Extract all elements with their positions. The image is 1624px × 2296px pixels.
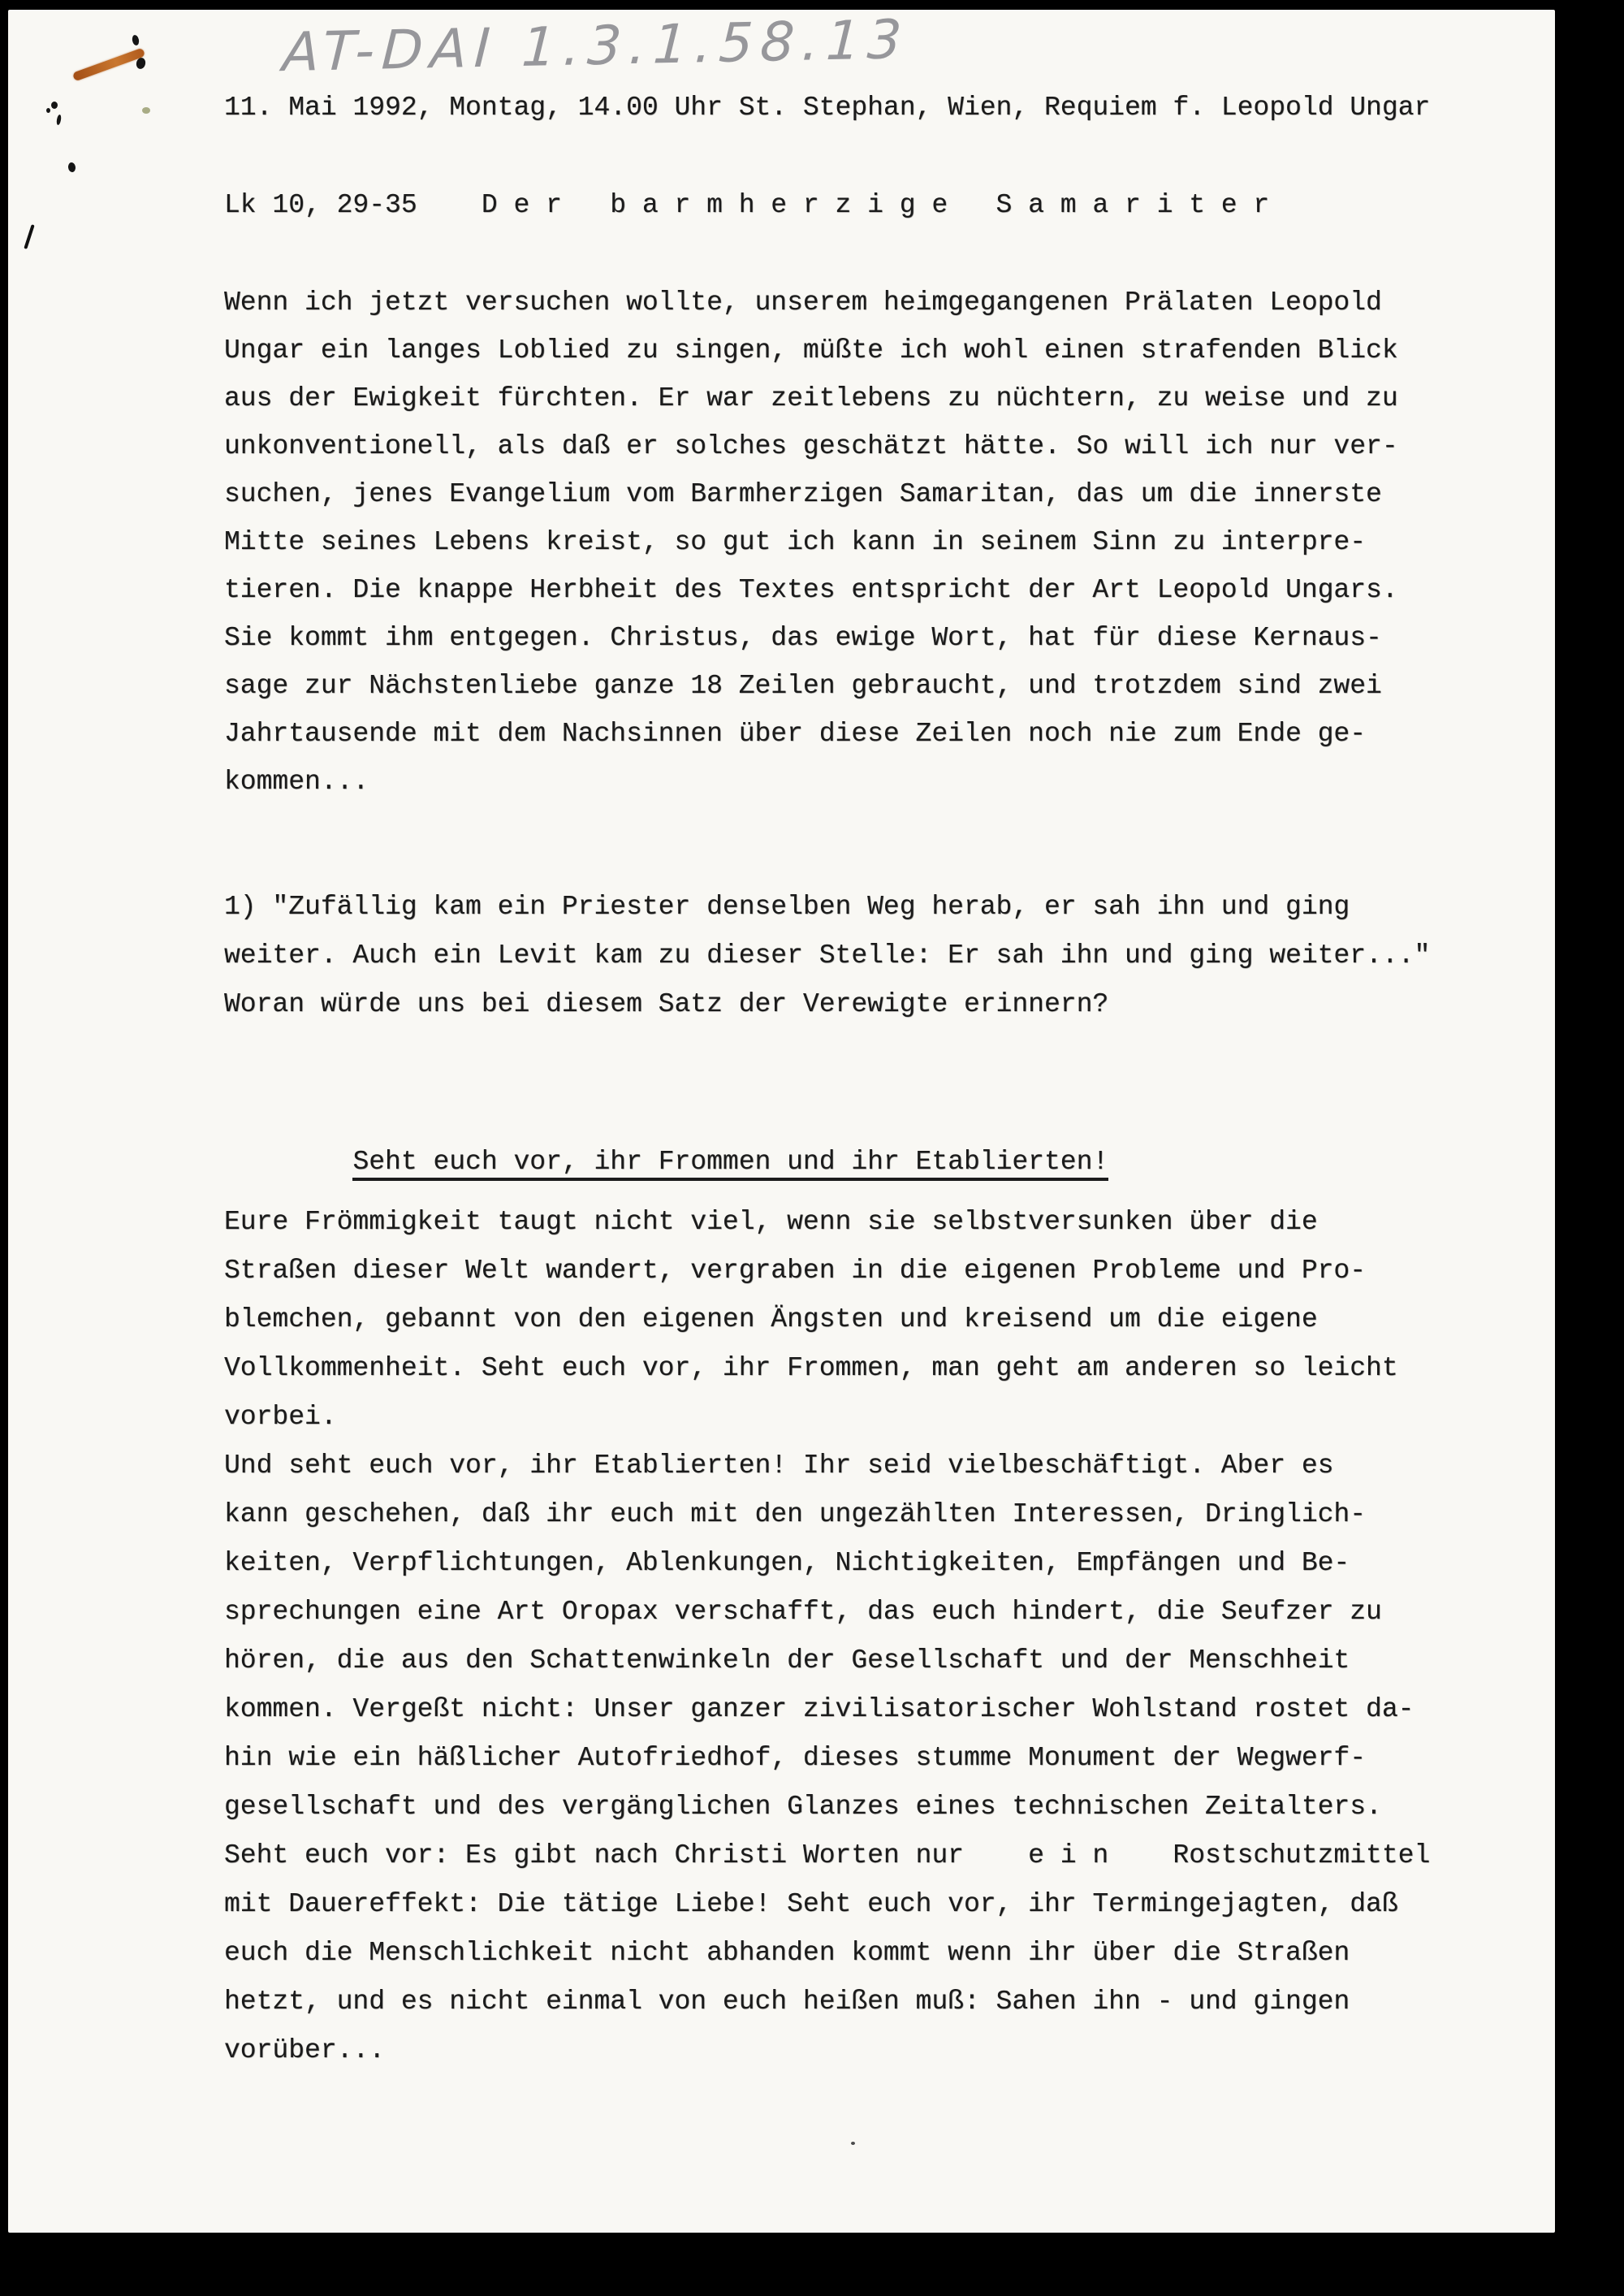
text-line: Wenn ich jetzt versuchen wollte, unserem… — [224, 279, 1398, 326]
sermon-title-line: Lk 10, 29-35 D e r b a r m h e r z i g e… — [224, 181, 1269, 229]
lines-after-underline: Eure Frömmigkeit taugt nicht viel, wenn … — [224, 1198, 1430, 2075]
ink-speck — [56, 115, 62, 126]
text-line: Jahrtausende mit dem Nachsinnen über die… — [224, 710, 1398, 758]
rust-stain — [72, 48, 145, 82]
text-line: Mitte seines Lebens kreist, so gut ich k… — [224, 518, 1398, 566]
text-line: keiten, Verpflichtungen, Ablenkungen, Ni… — [224, 1539, 1430, 1588]
pen-stroke-mark — [24, 224, 34, 249]
ink-speck — [132, 34, 140, 45]
text-line: vorüber... — [224, 2026, 1430, 2075]
paper-page: AT-DAI 1.3.1.58.13 11. Mai 1992, Montag,… — [8, 10, 1555, 2233]
text-line: weiter. Auch ein Levit kam zu dieser Ste… — [224, 932, 1430, 980]
text-line: Vollkommenheit. Seht euch vor, ihr Fromm… — [224, 1344, 1430, 1393]
text-line: euch die Menschlichkeit nicht abhanden k… — [224, 1929, 1430, 1978]
text-line: hören, die aus den Schattenwinkeln der G… — [224, 1637, 1430, 1685]
ink-speck — [67, 162, 76, 172]
text-line: Eure Frömmigkeit taugt nicht viel, wenn … — [224, 1198, 1430, 1247]
text-line: Sie kommt ihm entgegen. Christus, das ew… — [224, 614, 1398, 662]
text-line: unkonventionell, als daß er solches gesc… — [224, 422, 1398, 470]
paragraph-introduction: Wenn ich jetzt versuchen wollte, unserem… — [224, 279, 1398, 806]
ink-speck — [51, 102, 58, 109]
scanned-document: AT-DAI 1.3.1.58.13 11. Mai 1992, Montag,… — [0, 0, 1624, 2296]
text-line: Und seht euch vor, ihr Etablierten! Ihr … — [224, 1442, 1430, 1490]
text-line: blemchen, gebannt von den eigenen Ängste… — [224, 1295, 1430, 1344]
text-line: mit Dauereffekt: Die tätige Liebe! Seht … — [224, 1880, 1430, 1929]
text-line: tieren. Die knappe Herbheit des Textes e… — [224, 566, 1398, 614]
ink-speck — [46, 108, 50, 113]
text-line: hin wie ein häßlicher Autofriedhof, dies… — [224, 1734, 1430, 1783]
underlined-exhortation: Seht euch vor, ihr Frommen und ihr Etabl… — [224, 1089, 1430, 1138]
dust-speck — [851, 2142, 855, 2145]
text-line: gesellschaft und des vergänglichen Glanz… — [224, 1783, 1430, 1831]
text-line: Straßen dieser Welt wandert, vergraben i… — [224, 1247, 1430, 1295]
text-line: sage zur Nächstenliebe ganze 18 Zeilen g… — [224, 662, 1398, 710]
text-line: aus der Ewigkeit fürchten. Er war zeitle… — [224, 374, 1398, 422]
text-line: Woran würde uns bei diesem Satz der Vere… — [224, 980, 1430, 1029]
text-line: Seht euch vor: Es gibt nach Christi Wort… — [224, 1831, 1430, 1880]
date-location-header: 11. Mai 1992, Montag, 14.00 Uhr St. Step… — [224, 84, 1430, 132]
text-line: kommen... — [224, 758, 1398, 806]
archive-annotation-handwritten: AT-DAI 1.3.1.58.13 — [281, 8, 910, 84]
underlined-text: Seht euch vor, ihr Frommen und ihr Etabl… — [352, 1147, 1108, 1181]
text-line: 1) "Zufällig kam ein Priester denselben … — [224, 883, 1430, 932]
text-line: suchen, jenes Evangelium vom Barmherzige… — [224, 470, 1398, 518]
paper-blemish — [142, 107, 150, 114]
text-line: kann geschehen, daß ihr euch mit den ung… — [224, 1490, 1430, 1539]
lines-before-underline: 1) "Zufällig kam ein Priester denselben … — [224, 883, 1430, 1029]
text-line: vorbei. — [224, 1393, 1430, 1442]
text-line: hetzt, und es nicht einmal von euch heiß… — [224, 1978, 1430, 2026]
paragraph-exposition: 1) "Zufällig kam ein Priester denselben … — [224, 823, 1430, 2135]
text-line: Ungar ein langes Loblied zu singen, müßt… — [224, 326, 1398, 374]
text-line: kommen. Vergeßt nicht: Unser ganzer zivi… — [224, 1685, 1430, 1734]
text-line: sprechungen eine Art Oropax verschafft, … — [224, 1588, 1430, 1637]
